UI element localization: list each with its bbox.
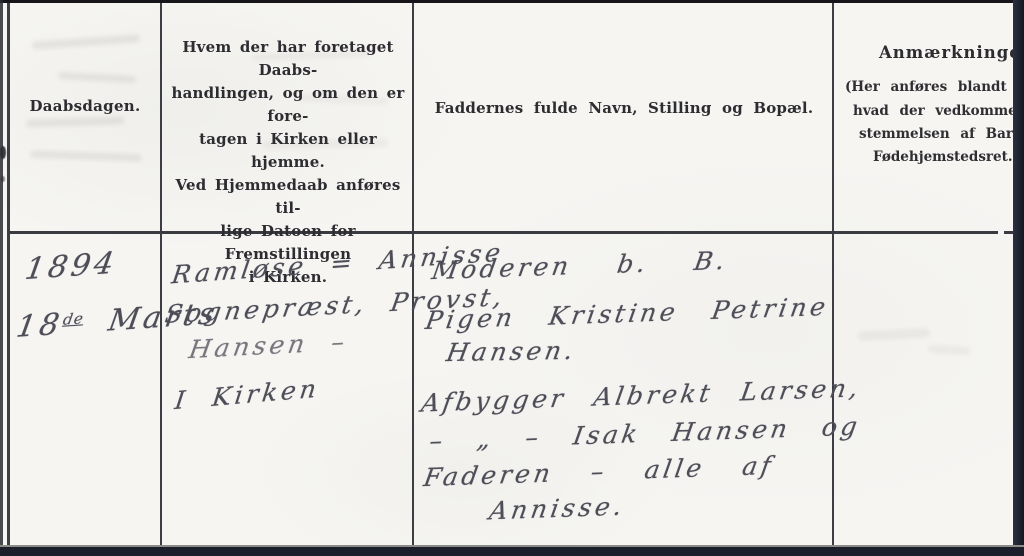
scan-edge-bottom — [0, 547, 1024, 556]
column-divider-1 — [160, 2, 162, 549]
scan-edge-left — [0, 0, 3, 556]
officiant-header-line: tagen i Kirken eller hjemme. — [164, 128, 412, 174]
table-left-border — [7, 2, 10, 549]
entry-year: 1894 — [23, 246, 120, 287]
bleedthrough-smudge — [32, 34, 140, 50]
bleedthrough-smudge — [30, 150, 142, 162]
entry-date-day: 18 — [14, 307, 65, 345]
column-divider-2 — [412, 2, 414, 549]
officiant-header-line: Ved Hjemmedaab anføres til- — [164, 174, 412, 220]
remarks-note-line: hvad der vedkommer — [853, 103, 1024, 119]
remarks-note-line: Fødehjemstedsret.) — [873, 149, 1019, 165]
remarks-note-line: stemmelsen af Barnet — [859, 126, 1024, 142]
sponsor-line: Afbygger Albrekt Larsen, — [419, 373, 863, 417]
scan-edge-right — [1013, 0, 1024, 556]
remarks-note-line: (Her anføres blandt an — [845, 79, 1024, 95]
sponsor-line: Annisse. — [487, 492, 627, 526]
header-separator — [8, 231, 998, 234]
officiant-header-line: handlingen, og om den er fore- — [164, 82, 412, 128]
bleedthrough-smudge — [858, 328, 930, 341]
column-divider-3 — [832, 2, 834, 549]
sponsor-line: Faderen – alle af — [422, 451, 777, 492]
officiant-line: I Kirken — [173, 374, 321, 415]
column-header-daabsdagen: Daabsdagen. — [10, 97, 160, 115]
column-header-sponsors: Faddernes fulde Navn, Stilling og Bopæl. — [416, 99, 832, 117]
officiant-line: Hansen – — [187, 327, 350, 364]
baptism-register-page: Daabsdagen. Hvem der har foretaget Daabs… — [0, 0, 1024, 556]
entry-date-day-suffix: de — [62, 309, 86, 328]
sponsor-line: Hansen. — [444, 336, 579, 367]
bleedthrough-smudge — [58, 72, 136, 83]
officiant-header-line: Hvem der har foretaget Daabs- — [164, 36, 412, 82]
bleedthrough-smudge — [928, 345, 970, 356]
scan-edge-top — [0, 0, 1024, 3]
column-header-remarks: Anmærkninger. — [879, 43, 1024, 62]
sponsor-line: – „ – Isak Hansen og — [427, 412, 862, 456]
bleedthrough-smudge — [26, 116, 124, 127]
